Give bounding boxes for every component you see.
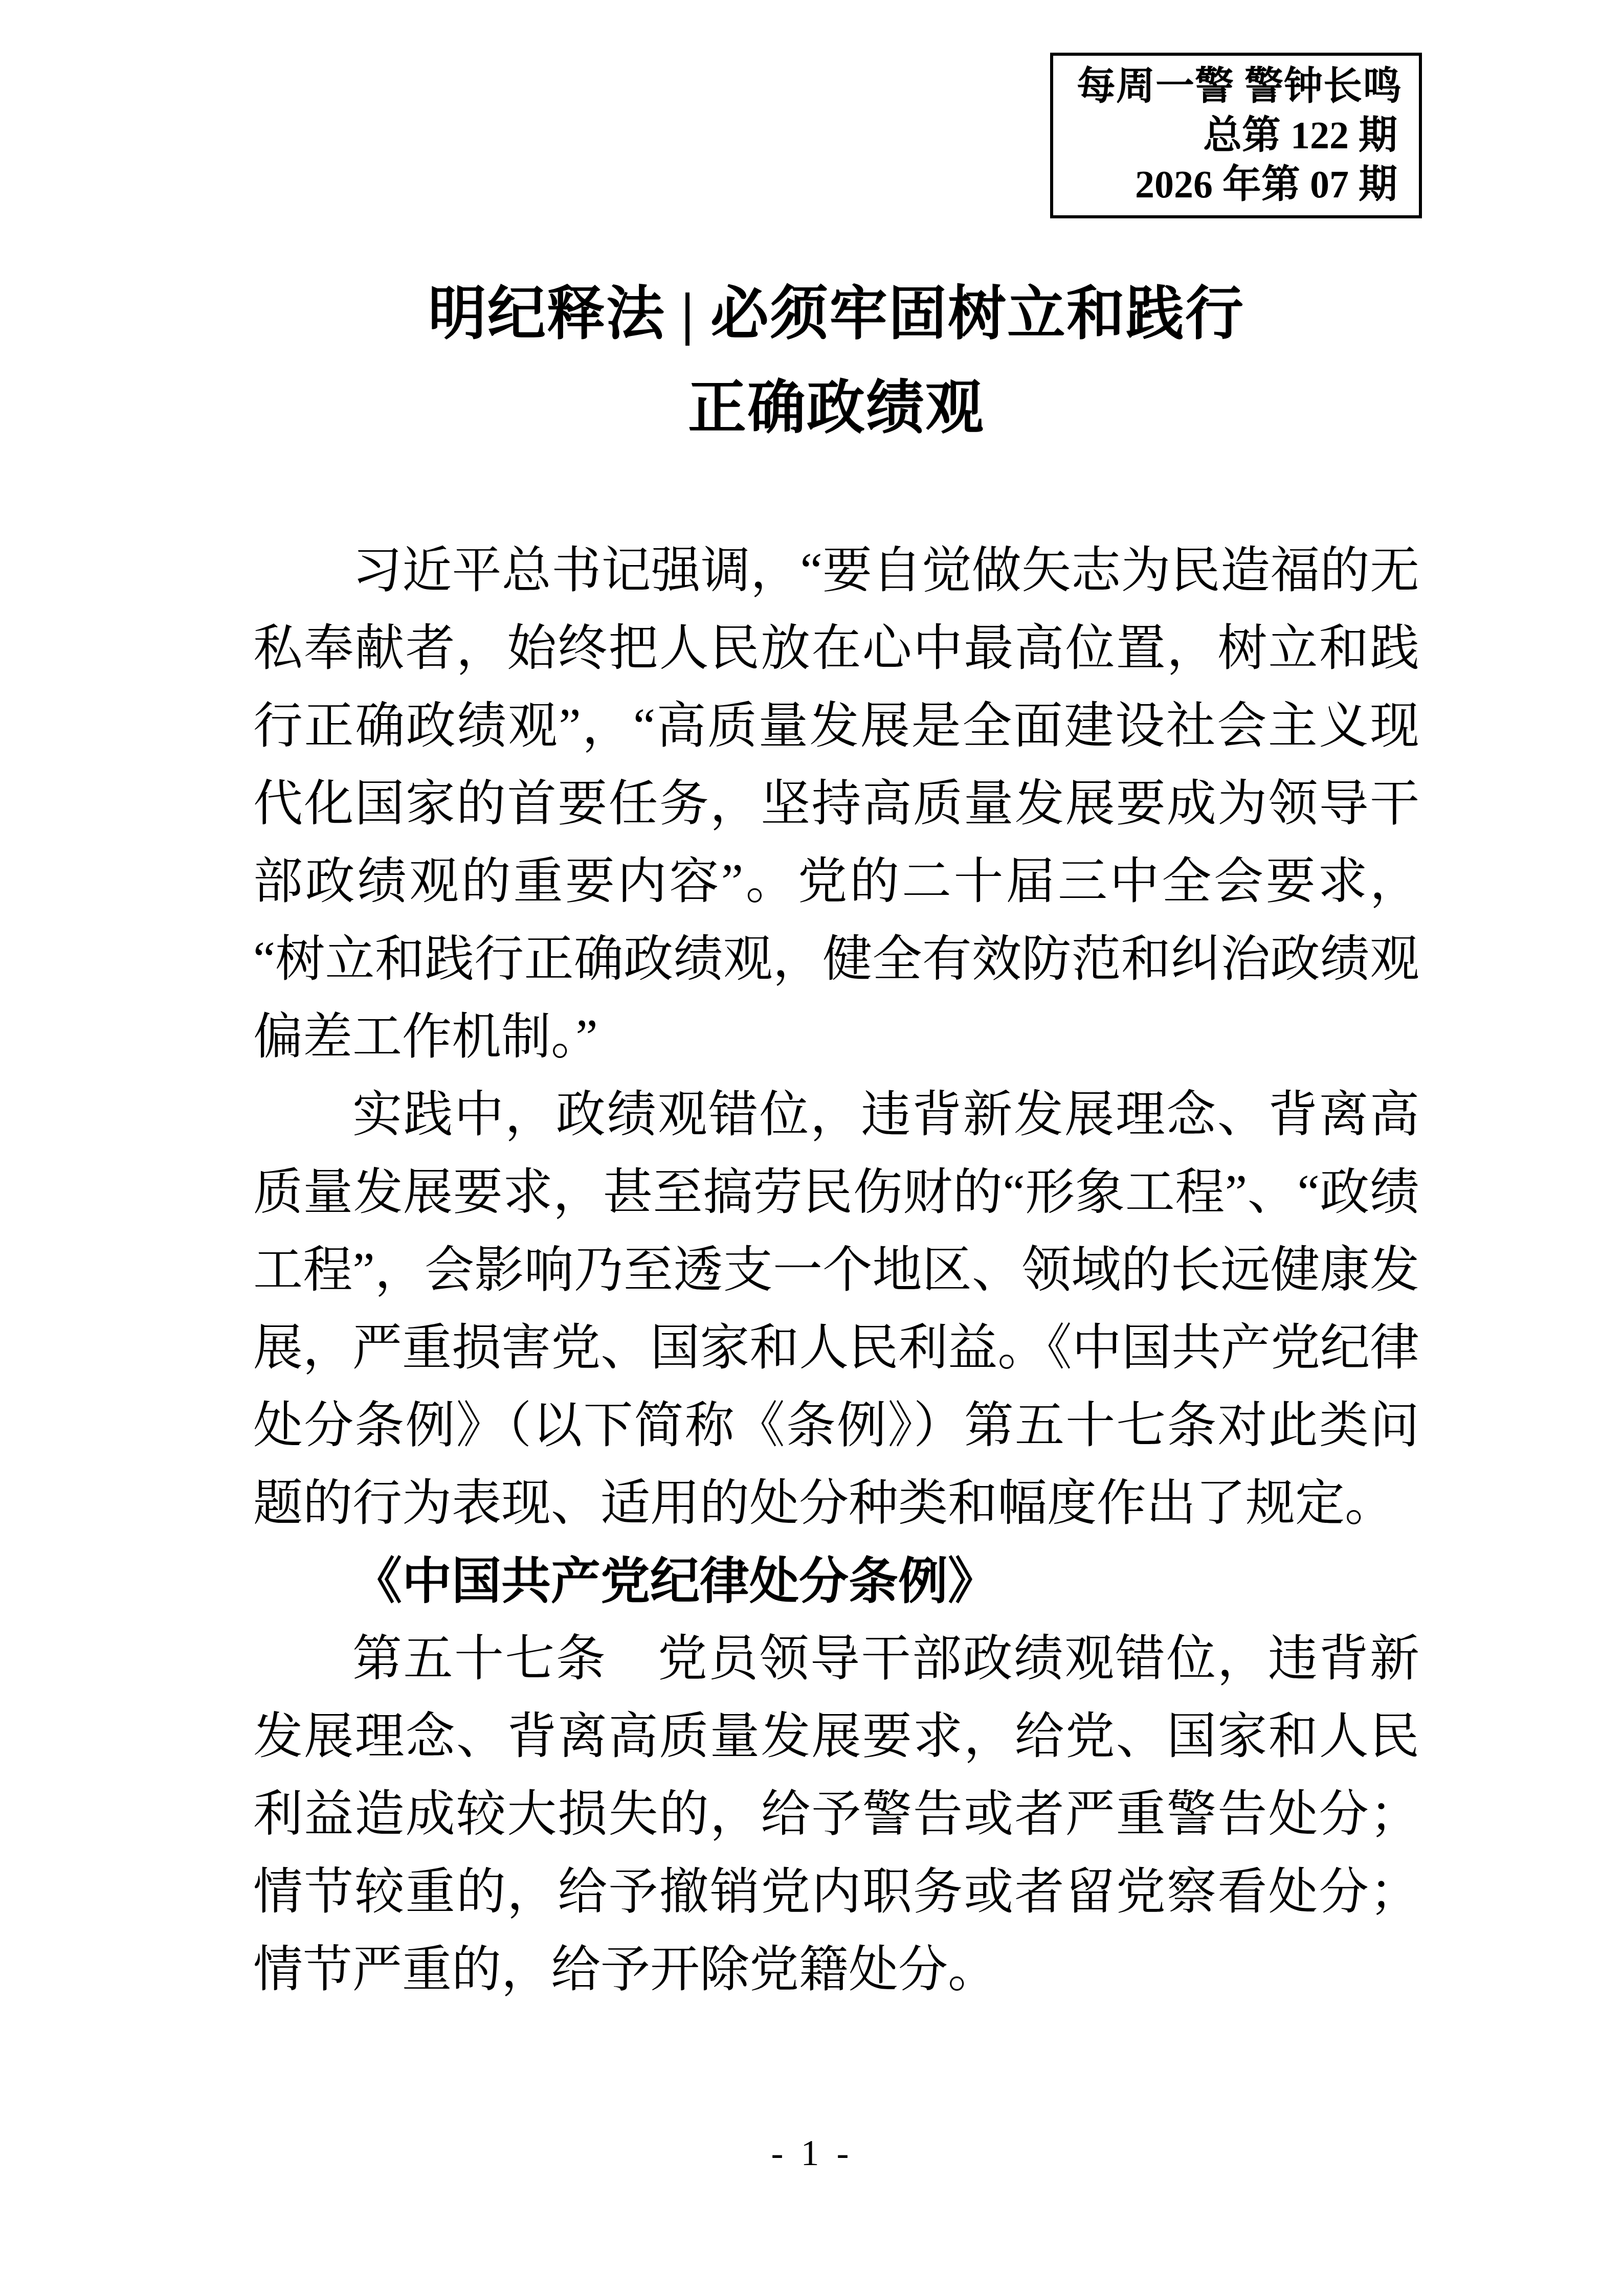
body-paragraph-2: 实践中，政绩观错位，违背新发展理念、背离高质量发展要求，甚至搞劳民伤财的“形象工… [253,1076,1419,1542]
title-line-1: 明纪释法 | 必须牢固树立和践行 [253,267,1419,361]
issue-info-box: 每周一警 警钟长鸣 总第 122 期 2026 年第 07 期 [1050,53,1422,218]
issue-total-number: 总第 122 期 [1077,111,1397,160]
document-title: 明纪释法 | 必须牢固树立和践行 正确政绩观 [253,267,1419,455]
title-line-2: 正确政绩观 [253,361,1419,455]
page-number: - 1 - [0,2125,1624,2181]
regulation-title: 《中国共产党纪律处分条例》 [253,1542,1419,1620]
issue-year-number: 2026 年第 07 期 [1077,160,1397,209]
body-paragraph-1: 习近平总书记强调，“要自觉做矢志为民造福的无私奉献者，始终把人民放在心中最高位置… [253,532,1419,1076]
issue-slogan: 每周一警 警钟长鸣 [1077,62,1397,111]
body-paragraph-3: 第五十七条 党员领导干部政绩观错位，违背新发展理念、背离高质量发展要求，给党、国… [253,1620,1419,2009]
document-body: 习近平总书记强调，“要自觉做矢志为民造福的无私奉献者，始终把人民放在心中最高位置… [253,532,1419,2009]
document-page: 每周一警 警钟长鸣 总第 122 期 2026 年第 07 期 明纪释法 | 必… [0,0,1624,2296]
